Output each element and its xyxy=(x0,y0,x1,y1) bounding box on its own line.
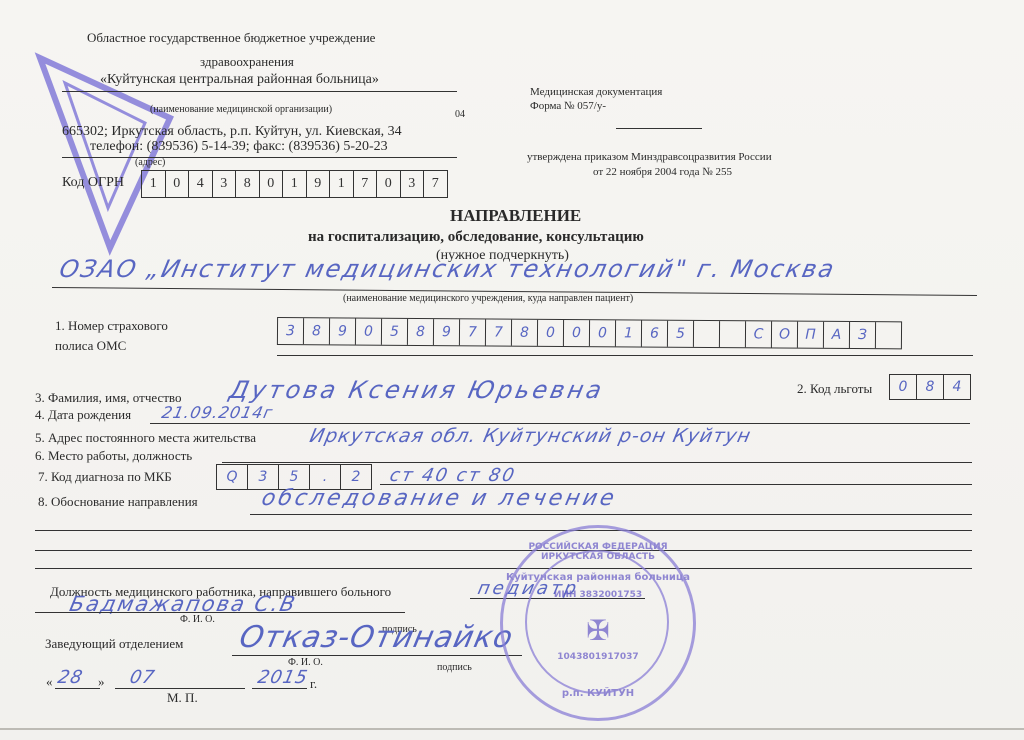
work-label: 6. Место работы, должность xyxy=(35,448,192,463)
polis-cell: С xyxy=(746,321,772,347)
ogrn-cell: 7 xyxy=(424,171,447,197)
polis-cell: 5 xyxy=(668,321,694,347)
lgota-cell: 0 xyxy=(890,375,917,399)
fio-caption-1: Ф. И. О. xyxy=(180,614,215,626)
lgota-cells: 084 xyxy=(889,374,971,400)
polis-cell: 0 xyxy=(538,320,564,346)
round-stamp-inn: ИНН 3832001753 xyxy=(503,590,693,600)
address-underline xyxy=(62,157,457,158)
address-value: Иркутская обл. Куйтунский р-он Куйтун xyxy=(308,425,754,447)
polis-cell: 0 xyxy=(356,319,382,345)
destination-caption: (наименование медицинского учреждения, к… xyxy=(343,293,633,305)
eagle-emblem-icon: ✠ xyxy=(503,614,693,647)
form-title: НАПРАВЛЕНИЕ xyxy=(450,206,581,226)
polis-cell: 1 xyxy=(616,320,642,346)
blank-line-1 xyxy=(35,530,972,531)
ogrn-cell: 0 xyxy=(166,171,190,197)
address-caption: (адрес) xyxy=(135,157,165,169)
polis-cell: З xyxy=(850,322,876,348)
fio-value: Дутова Ксения Юрьевна xyxy=(227,376,607,404)
org-name: «Куйтунская центральная районная больниц… xyxy=(100,72,379,87)
polis-cell xyxy=(720,321,746,347)
mkb-underline xyxy=(380,484,972,485)
reason-label: 8. Обоснование направления xyxy=(38,494,198,509)
polis-cell: 7 xyxy=(460,319,486,345)
round-stamp-outer-text: РОССИЙСКАЯ ФЕДЕРАЦИЯ ИРКУТСКАЯ ОБЛАСТЬ xyxy=(503,542,693,562)
round-stamp-ogrn: 1043801917037 xyxy=(503,652,693,662)
code-04: 04 xyxy=(455,109,465,121)
ogrn-cell: 4 xyxy=(189,171,213,197)
lgota-cell: 8 xyxy=(917,375,944,399)
org-caption: (наименование медицинской организации) xyxy=(150,104,332,116)
reason-underline xyxy=(250,514,972,515)
form-number: Форма № 057/у- xyxy=(530,100,606,112)
ogrn-cell: 1 xyxy=(330,171,354,197)
date-day-underline xyxy=(55,688,100,689)
ogrn-cell: 0 xyxy=(377,171,401,197)
polis-cell: 8 xyxy=(304,318,330,344)
approved-line-1: утверждена приказом Минздравсоцразвития … xyxy=(527,151,772,163)
date-suffix: г. xyxy=(310,676,317,691)
head-label: Заведующий отделением xyxy=(45,636,183,651)
polis-label-2: полиса ОМС xyxy=(55,338,126,353)
fio-label: 3. Фамилия, имя, отчество xyxy=(35,390,181,405)
mkb-label: 7. Код диагноза по МКБ xyxy=(38,469,172,484)
polis-cell: 5 xyxy=(382,319,408,345)
polis-cell: А xyxy=(824,322,850,348)
polis-cell: П xyxy=(798,322,824,348)
polis-cell: 9 xyxy=(434,319,460,345)
polis-cell: 0 xyxy=(564,320,590,346)
form-underline xyxy=(616,128,702,129)
ogrn-cell: 1 xyxy=(283,171,307,197)
org-phone: телефон: (839536) 5-14-39; факс: (839536… xyxy=(90,139,388,154)
polis-cell: О xyxy=(772,321,798,347)
ogrn-cell: 7 xyxy=(354,171,378,197)
blank-line-3 xyxy=(35,568,972,569)
reason-value: обследование и лечение xyxy=(259,486,619,511)
org-underline xyxy=(62,91,457,92)
polis-label-1: 1. Номер страхового xyxy=(55,318,168,333)
ogrn-cell: 3 xyxy=(213,171,237,197)
mp-label: М. П. xyxy=(167,690,198,705)
referral-form-page: Областное государственное бюджетное учре… xyxy=(0,0,1024,740)
round-stamp-icon: РОССИЙСКАЯ ФЕДЕРАЦИЯ ИРКУТСКАЯ ОБЛАСТЬ К… xyxy=(500,525,696,721)
birth-value: 21.09.2014г xyxy=(160,403,275,422)
doctor-name-underline xyxy=(35,612,405,613)
round-stamp-middle-text: Куйтунская районная больница xyxy=(503,572,693,583)
ogrn-label: Код ОГРН xyxy=(62,175,124,190)
form-subtitle: на госпитализацию, обследование, консуль… xyxy=(308,229,644,246)
polis-cells: 3890589778000165СОПАЗ xyxy=(277,317,902,349)
polis-cell: 0 xyxy=(590,320,616,346)
ogrn-cell: 1 xyxy=(142,171,166,197)
birth-underline xyxy=(150,423,970,424)
ogrn-cell: 3 xyxy=(401,171,425,197)
work-underline xyxy=(222,462,972,463)
ogrn-cell: 0 xyxy=(260,171,284,197)
polis-cell: 3 xyxy=(278,318,304,344)
polis-cell: 6 xyxy=(642,321,668,347)
sign-caption-2: подпись xyxy=(437,662,472,674)
date-day: 28 xyxy=(56,667,85,688)
org-line-1: Областное государственное бюджетное учре… xyxy=(87,30,375,45)
date-month: 07 xyxy=(128,667,157,688)
round-stamp-bottom: р.п. КУЙТУН xyxy=(503,688,693,699)
mkb-cell: Q xyxy=(217,465,248,489)
ogrn-cells: 1043801917037 xyxy=(141,170,448,198)
date-year-underline xyxy=(252,688,307,689)
address-label: 5. Адрес постоянного места жительства xyxy=(35,430,256,445)
polis-cell xyxy=(876,322,901,348)
date-open-quote: « xyxy=(46,674,53,689)
polis-cell: 8 xyxy=(408,319,434,345)
polis-cell: 9 xyxy=(330,318,356,344)
lgota-cell: 4 xyxy=(944,375,970,399)
polis-cell: 8 xyxy=(512,320,538,346)
head-underline xyxy=(232,655,522,656)
head-signature: Отказ-Отинайко xyxy=(236,620,516,655)
birth-label: 4. Дата рождения xyxy=(35,407,131,422)
date-close-quote: » xyxy=(98,674,105,689)
mkb-extra: ст 40 ст 80 xyxy=(388,465,518,486)
date-year: 2015 xyxy=(256,667,310,688)
ogrn-cell: 9 xyxy=(307,171,331,197)
org-address: 665302; Иркутская область, р.п. Куйтун, … xyxy=(62,124,402,139)
destination-value: ОЗАО „Институт медицинских технологий" г… xyxy=(57,255,838,283)
org-line-2: здравоохранения xyxy=(200,54,294,69)
doc-type: Медицинская документация xyxy=(530,86,662,98)
polis-underline xyxy=(277,355,973,356)
date-month-underline xyxy=(115,688,245,689)
page-bottom-edge xyxy=(0,728,1024,730)
ogrn-cell: 8 xyxy=(236,171,260,197)
polis-cell: 7 xyxy=(486,319,512,345)
lgota-label: 2. Код льготы xyxy=(797,381,872,396)
polis-cell xyxy=(694,321,720,347)
approved-line-2: от 22 ноября 2004 года № 255 xyxy=(593,166,732,178)
